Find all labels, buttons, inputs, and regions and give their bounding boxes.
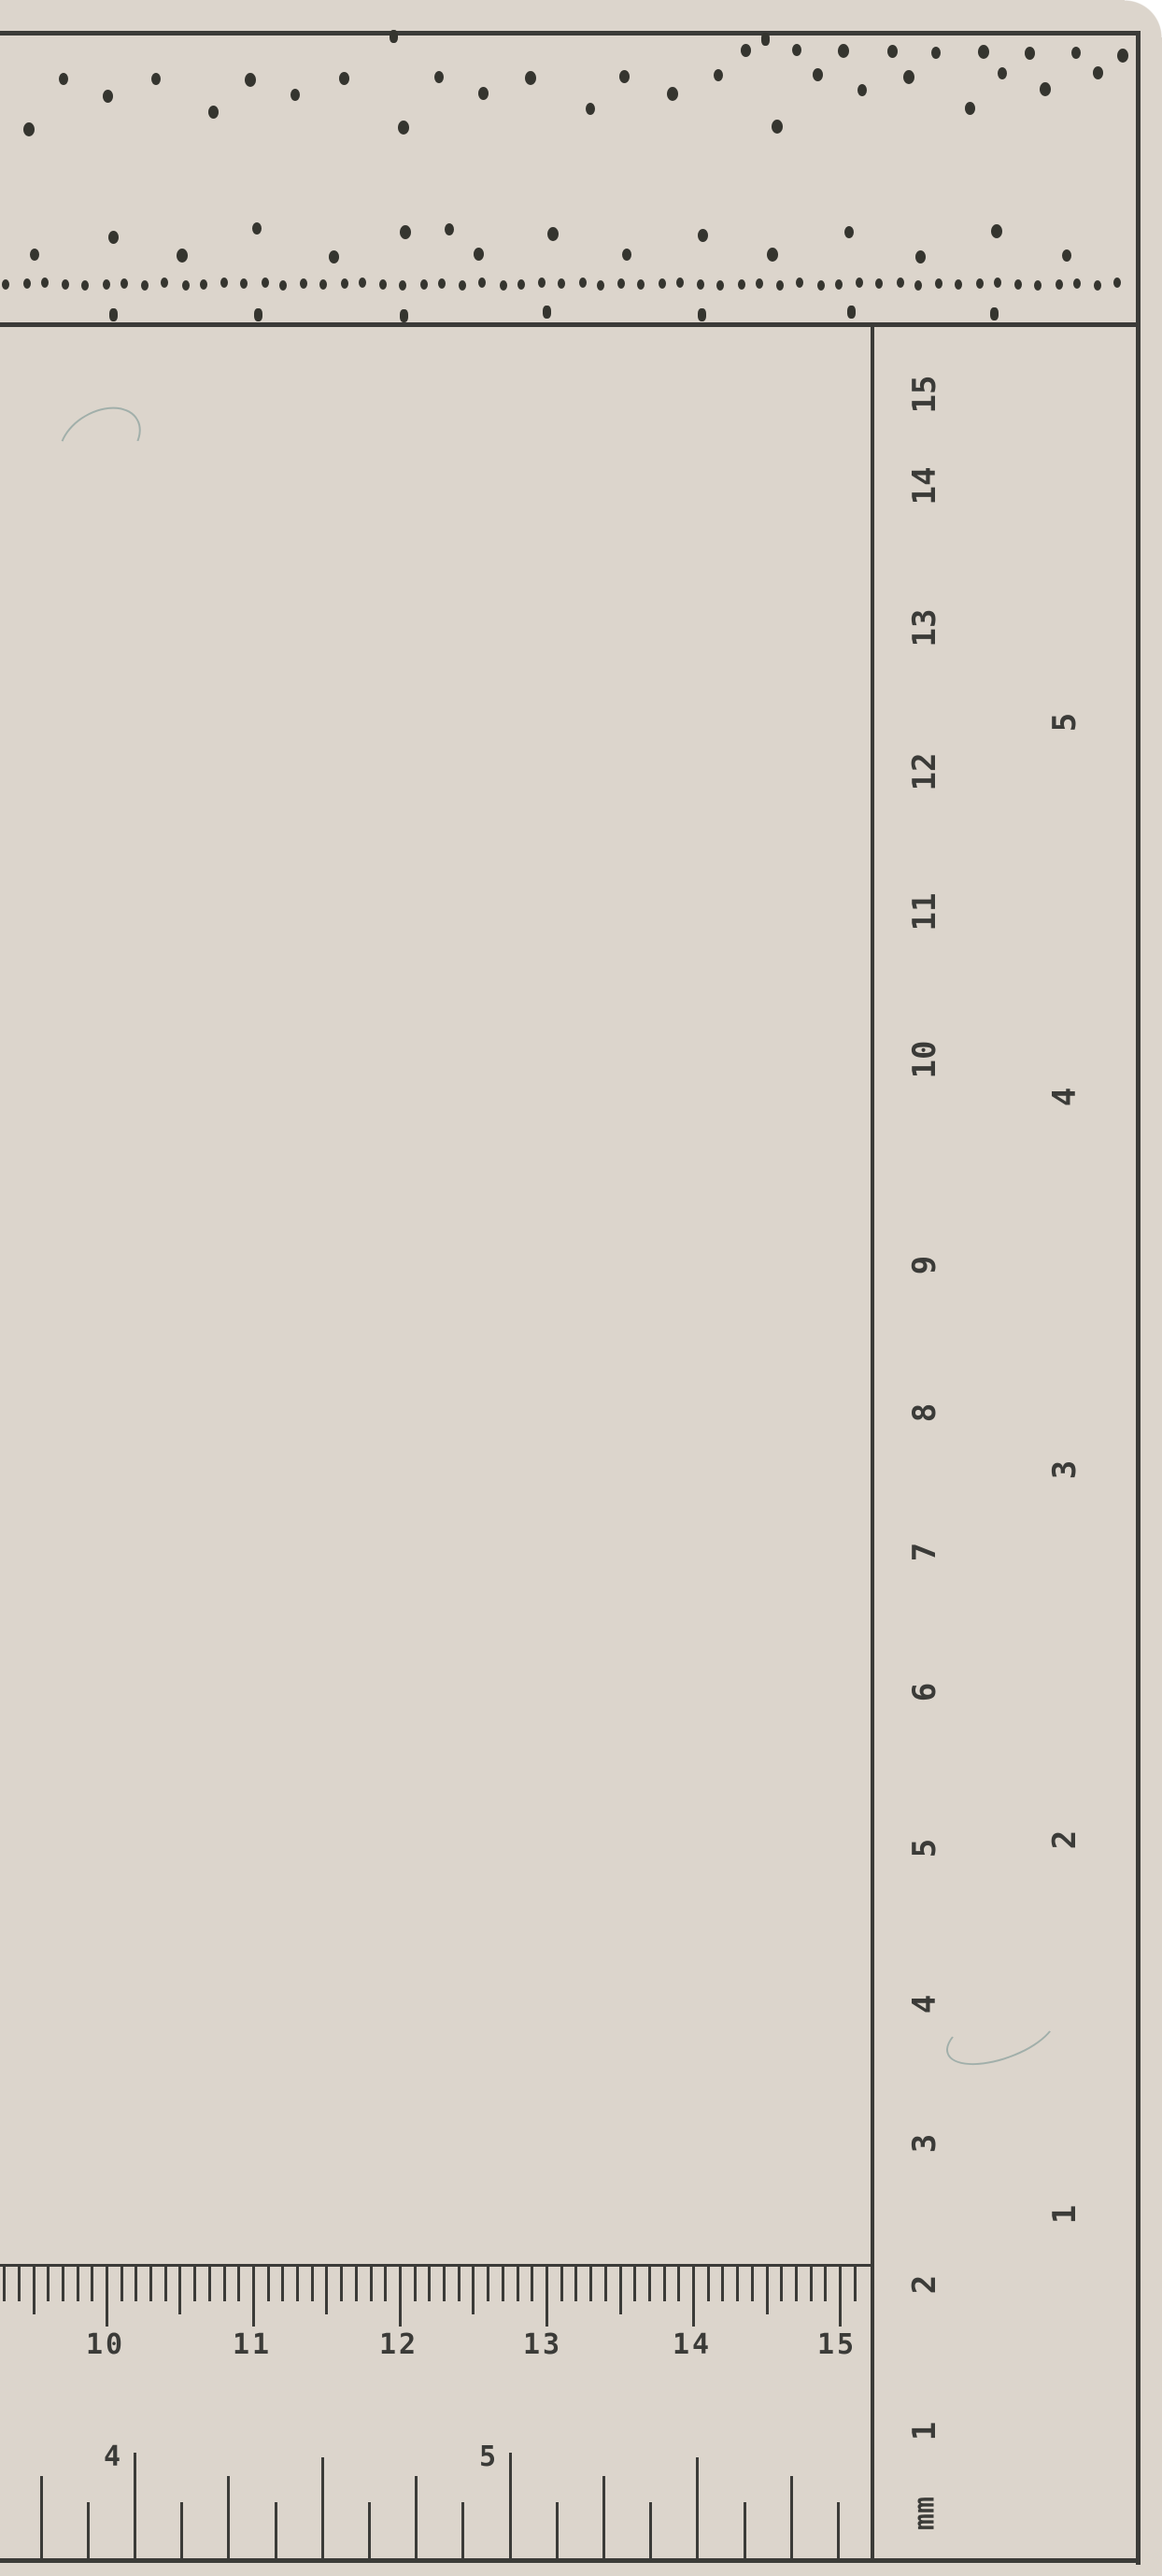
pattern-dot-small — [120, 278, 128, 289]
band-separator — [0, 322, 1141, 327]
pattern-dot-small — [478, 278, 486, 288]
pattern-dot-small — [438, 278, 446, 289]
fraction-tick — [415, 2476, 418, 2560]
pattern-dot-small — [262, 278, 269, 288]
pattern-dot — [698, 229, 708, 242]
vertical-cm-label: 4 — [906, 1995, 943, 2014]
edge-tick — [698, 308, 706, 321]
pattern-dot-small — [517, 279, 525, 290]
mm-tick — [633, 2266, 636, 2301]
pattern-dot — [400, 225, 411, 239]
mm-tick — [223, 2266, 226, 2301]
mm-tick — [648, 2266, 651, 2301]
mm-tick — [267, 2266, 270, 2301]
edge-tick — [400, 309, 408, 322]
pattern-dot-small — [558, 278, 565, 289]
scale-divider — [871, 325, 874, 2560]
vertical-cm-label: 15 — [906, 376, 943, 414]
pattern-dot-small — [2, 279, 9, 290]
fraction-tick — [40, 2476, 43, 2560]
mm-tick — [824, 2266, 827, 2301]
fraction-tick — [227, 2476, 230, 2560]
mm-tick — [589, 2266, 592, 2301]
pattern-dot — [1040, 82, 1051, 96]
unit-label-mm: mm — [909, 2497, 942, 2530]
pattern-dot-small — [976, 278, 984, 289]
pattern-dot-small — [1073, 278, 1081, 289]
cm-ruler-label: 10 — [86, 2328, 125, 2361]
cm-tick — [839, 2266, 842, 2327]
mm-tick — [208, 2266, 211, 2301]
pattern-dot-small — [341, 278, 348, 289]
mm-tick — [3, 2266, 6, 2301]
pattern-dot-small — [637, 279, 645, 290]
pattern-dot — [844, 226, 854, 238]
mm-tick — [854, 2266, 857, 2301]
rounded-corner — [1125, 0, 1162, 37]
cm-tick — [399, 2266, 402, 2327]
pattern-dot-small — [1014, 279, 1022, 290]
mm-tick — [604, 2266, 607, 2301]
pattern-dot — [857, 84, 867, 96]
pattern-dot-small — [300, 278, 307, 289]
mm-tick — [795, 2266, 798, 2301]
cm-tick — [252, 2266, 255, 2327]
edge-tick — [254, 308, 262, 321]
pattern-dot — [434, 71, 444, 83]
mm-tick — [135, 2266, 137, 2301]
mm-tick — [33, 2266, 35, 2314]
pattern-dot-small — [538, 278, 546, 288]
fraction-tick — [321, 2457, 324, 2560]
fraction-tick — [837, 2502, 840, 2560]
pattern-dot-small — [1094, 280, 1101, 291]
pattern-dot — [1025, 47, 1035, 60]
cm-ruler-line — [0, 2264, 873, 2267]
mm-tick — [311, 2266, 314, 2301]
pattern-dot-small — [817, 280, 825, 291]
mm-tick — [619, 2266, 622, 2314]
cm-ruler-label: 11 — [233, 2328, 272, 2361]
vertical-cm-label: 12 — [906, 753, 943, 791]
pattern-dot-small — [200, 279, 207, 290]
pattern-dot — [903, 70, 914, 84]
mm-tick — [193, 2266, 196, 2301]
pattern-dot-small — [399, 280, 406, 291]
pattern-dot-small — [676, 278, 684, 288]
pattern-dot-small — [756, 278, 763, 289]
fraction-tick — [744, 2502, 746, 2560]
mm-tick — [677, 2266, 680, 2301]
edge-tick — [847, 306, 856, 319]
mm-tick — [502, 2266, 504, 2301]
vertical-cm-label: 1 — [906, 2422, 943, 2441]
vertical-cm-label: 11 — [906, 893, 943, 932]
inch-ruler-label: 5 — [479, 2441, 496, 2473]
mm-tick — [810, 2266, 813, 2301]
pattern-dot — [290, 89, 300, 101]
vertical-cm-label: 6 — [906, 1683, 943, 1701]
mm-tick — [355, 2266, 358, 2301]
pattern-dot — [252, 222, 262, 235]
paper-fiber — [939, 1990, 1065, 2077]
mm-tick — [149, 2266, 152, 2301]
cm-ruler-label: 12 — [379, 2328, 418, 2361]
vertical-cm-label: 3 — [906, 2134, 943, 2153]
pattern-dot-small — [856, 278, 863, 288]
mm-tick — [281, 2266, 284, 2301]
pattern-dot — [838, 44, 849, 58]
pattern-dot — [667, 87, 678, 101]
vertical-cm-label: 10 — [906, 1041, 943, 1079]
pattern-dot — [23, 122, 35, 136]
pattern-dot — [59, 73, 68, 85]
border-bottom — [0, 2558, 1141, 2563]
mm-tick — [707, 2266, 710, 2301]
mm-tick — [296, 2266, 299, 2301]
vertical-inch-label: 5 — [1046, 713, 1084, 732]
pattern-dot-small — [103, 279, 110, 290]
pattern-dot-small — [914, 280, 922, 291]
mm-tick — [780, 2266, 783, 2301]
fraction-tick — [556, 2502, 559, 2560]
vertical-cm-label: 2 — [906, 2275, 943, 2294]
pattern-dot-small — [875, 278, 883, 289]
mm-tick — [560, 2266, 563, 2301]
mm-tick — [340, 2266, 343, 2301]
edge-tick — [990, 307, 999, 320]
pattern-dot — [622, 249, 631, 261]
edge-tick — [109, 308, 118, 321]
pattern-dot-small — [738, 279, 745, 290]
pattern-dot-small — [279, 280, 287, 291]
scale-card: 101112131415 45 151413121110987654321mm5… — [0, 0, 1162, 2576]
vertical-inch-label: 3 — [1046, 1460, 1084, 1479]
pattern-dot-small — [41, 278, 49, 288]
vertical-cm-label: 13 — [906, 609, 943, 648]
pattern-dot-small — [994, 278, 1001, 288]
mm-tick — [414, 2266, 417, 2301]
pattern-dot — [1062, 249, 1071, 262]
mm-tick — [62, 2266, 64, 2301]
mm-tick — [237, 2266, 240, 2301]
fraction-tick — [602, 2476, 605, 2560]
fraction-tick — [275, 2502, 277, 2560]
mm-tick — [325, 2266, 328, 2314]
pattern-dot — [103, 90, 113, 103]
mm-tick — [574, 2266, 577, 2301]
fraction-tick — [649, 2502, 652, 2560]
pattern-dot — [30, 249, 39, 261]
pattern-dot-small — [1113, 278, 1121, 288]
pattern-dot-small — [161, 278, 168, 288]
paper-fiber — [47, 393, 152, 489]
pattern-dot-small — [420, 279, 428, 290]
pattern-dot — [151, 73, 161, 85]
mm-tick — [736, 2266, 739, 2301]
mm-tick — [91, 2266, 93, 2301]
mm-tick — [18, 2266, 21, 2301]
pattern-dot — [586, 103, 595, 115]
pattern-dot-small — [835, 279, 843, 290]
pattern-dot — [245, 73, 256, 87]
pattern-dot — [931, 47, 941, 59]
cm-ruler-label: 14 — [673, 2328, 712, 2361]
pattern-dot-small — [141, 280, 149, 291]
mm-tick — [164, 2266, 167, 2301]
pattern-dot-small — [617, 278, 625, 289]
edge-tick — [390, 30, 398, 43]
pattern-dot-small — [776, 280, 784, 291]
pattern-dot — [474, 248, 484, 261]
pattern-dot — [329, 250, 339, 263]
pattern-dot-small — [1056, 279, 1063, 290]
pattern-dot — [998, 67, 1007, 79]
border-right — [1136, 31, 1141, 2565]
fraction-tick — [696, 2457, 699, 2560]
mm-tick — [766, 2266, 769, 2314]
pattern-dot — [978, 45, 989, 59]
pattern-dot — [525, 71, 536, 85]
cm-tick — [106, 2266, 108, 2327]
pattern-dot-small — [319, 279, 327, 290]
cm-tick — [692, 2266, 695, 2327]
pattern-dot — [339, 72, 349, 85]
mm-tick — [517, 2266, 519, 2301]
inch-tick — [134, 2453, 136, 2560]
mm-tick — [384, 2266, 387, 2301]
pattern-dot-small — [659, 278, 666, 289]
pattern-dot-small — [220, 278, 228, 288]
mm-tick — [120, 2266, 123, 2301]
pattern-dot-small — [796, 278, 803, 288]
pattern-dot-small — [579, 278, 587, 288]
pattern-dot — [714, 69, 723, 81]
pattern-dot-small — [379, 279, 387, 290]
pattern-dot — [767, 248, 778, 262]
pattern-dot — [741, 44, 751, 57]
cm-ruler-label: 15 — [817, 2328, 857, 2361]
pattern-dot-small — [459, 280, 466, 291]
mm-tick — [487, 2266, 489, 2301]
pattern-dot-small — [240, 278, 248, 289]
border-top — [0, 31, 1141, 36]
pattern-dot — [619, 70, 630, 83]
vertical-cm-label: 5 — [906, 1839, 943, 1857]
pattern-dot — [398, 121, 409, 135]
pattern-dot — [478, 87, 489, 100]
inch-tick — [509, 2453, 512, 2560]
pattern-dot — [208, 106, 219, 119]
mm-tick — [443, 2266, 446, 2301]
pattern-dot-small — [897, 278, 904, 288]
pattern-dot — [813, 68, 823, 81]
fraction-tick — [87, 2502, 90, 2560]
pattern-dot — [915, 250, 926, 263]
pattern-dot-small — [81, 280, 89, 291]
mm-tick — [47, 2266, 50, 2301]
pattern-dot — [1093, 66, 1103, 79]
mm-tick — [531, 2266, 533, 2301]
vertical-cm-label: 7 — [906, 1543, 943, 1561]
pattern-dot — [1071, 47, 1081, 59]
vertical-cm-label: 9 — [906, 1256, 943, 1274]
mm-tick — [458, 2266, 461, 2301]
pattern-dot-small — [500, 280, 507, 291]
pattern-dot-small — [62, 279, 69, 290]
mm-tick — [370, 2266, 373, 2301]
pattern-dot-small — [697, 279, 704, 290]
edge-tick — [761, 33, 770, 46]
pattern-dot-small — [182, 280, 190, 291]
fraction-tick — [180, 2502, 183, 2560]
pattern-dot — [965, 102, 975, 115]
vertical-inch-label: 4 — [1046, 1088, 1084, 1106]
pattern-dot-small — [359, 278, 366, 288]
cm-tick — [546, 2266, 548, 2327]
mm-tick — [472, 2266, 475, 2314]
inch-ruler-label: 4 — [104, 2441, 120, 2473]
fraction-tick — [368, 2502, 371, 2560]
vertical-inch-label: 2 — [1046, 1830, 1084, 1849]
pattern-dot-small — [716, 280, 724, 291]
mm-tick — [663, 2266, 666, 2301]
pattern-dot — [445, 223, 454, 235]
mm-tick — [721, 2266, 724, 2301]
mm-tick — [751, 2266, 754, 2301]
cm-ruler-label: 13 — [523, 2328, 562, 2361]
pattern-dot-small — [1034, 280, 1042, 291]
pattern-dot — [1117, 49, 1128, 63]
fraction-tick — [461, 2502, 464, 2560]
fraction-tick — [790, 2476, 793, 2560]
mm-tick — [178, 2266, 181, 2314]
pattern-dot-small — [935, 278, 942, 289]
pattern-dot — [547, 227, 559, 241]
vertical-inch-label: 1 — [1046, 2205, 1084, 2224]
vertical-cm-label: 8 — [906, 1403, 943, 1422]
pattern-dot — [177, 249, 188, 263]
pattern-dot — [772, 120, 783, 134]
vertical-cm-label: 14 — [906, 467, 943, 505]
pattern-dot — [792, 44, 801, 56]
pattern-dot-small — [23, 278, 31, 289]
pattern-dot — [991, 224, 1002, 238]
edge-tick — [543, 306, 551, 319]
pattern-dot — [887, 45, 898, 58]
pattern-dot-small — [597, 280, 604, 291]
mm-tick — [77, 2266, 79, 2301]
pattern-dot-small — [955, 279, 962, 290]
mm-tick — [428, 2266, 431, 2301]
pattern-dot — [108, 231, 119, 244]
